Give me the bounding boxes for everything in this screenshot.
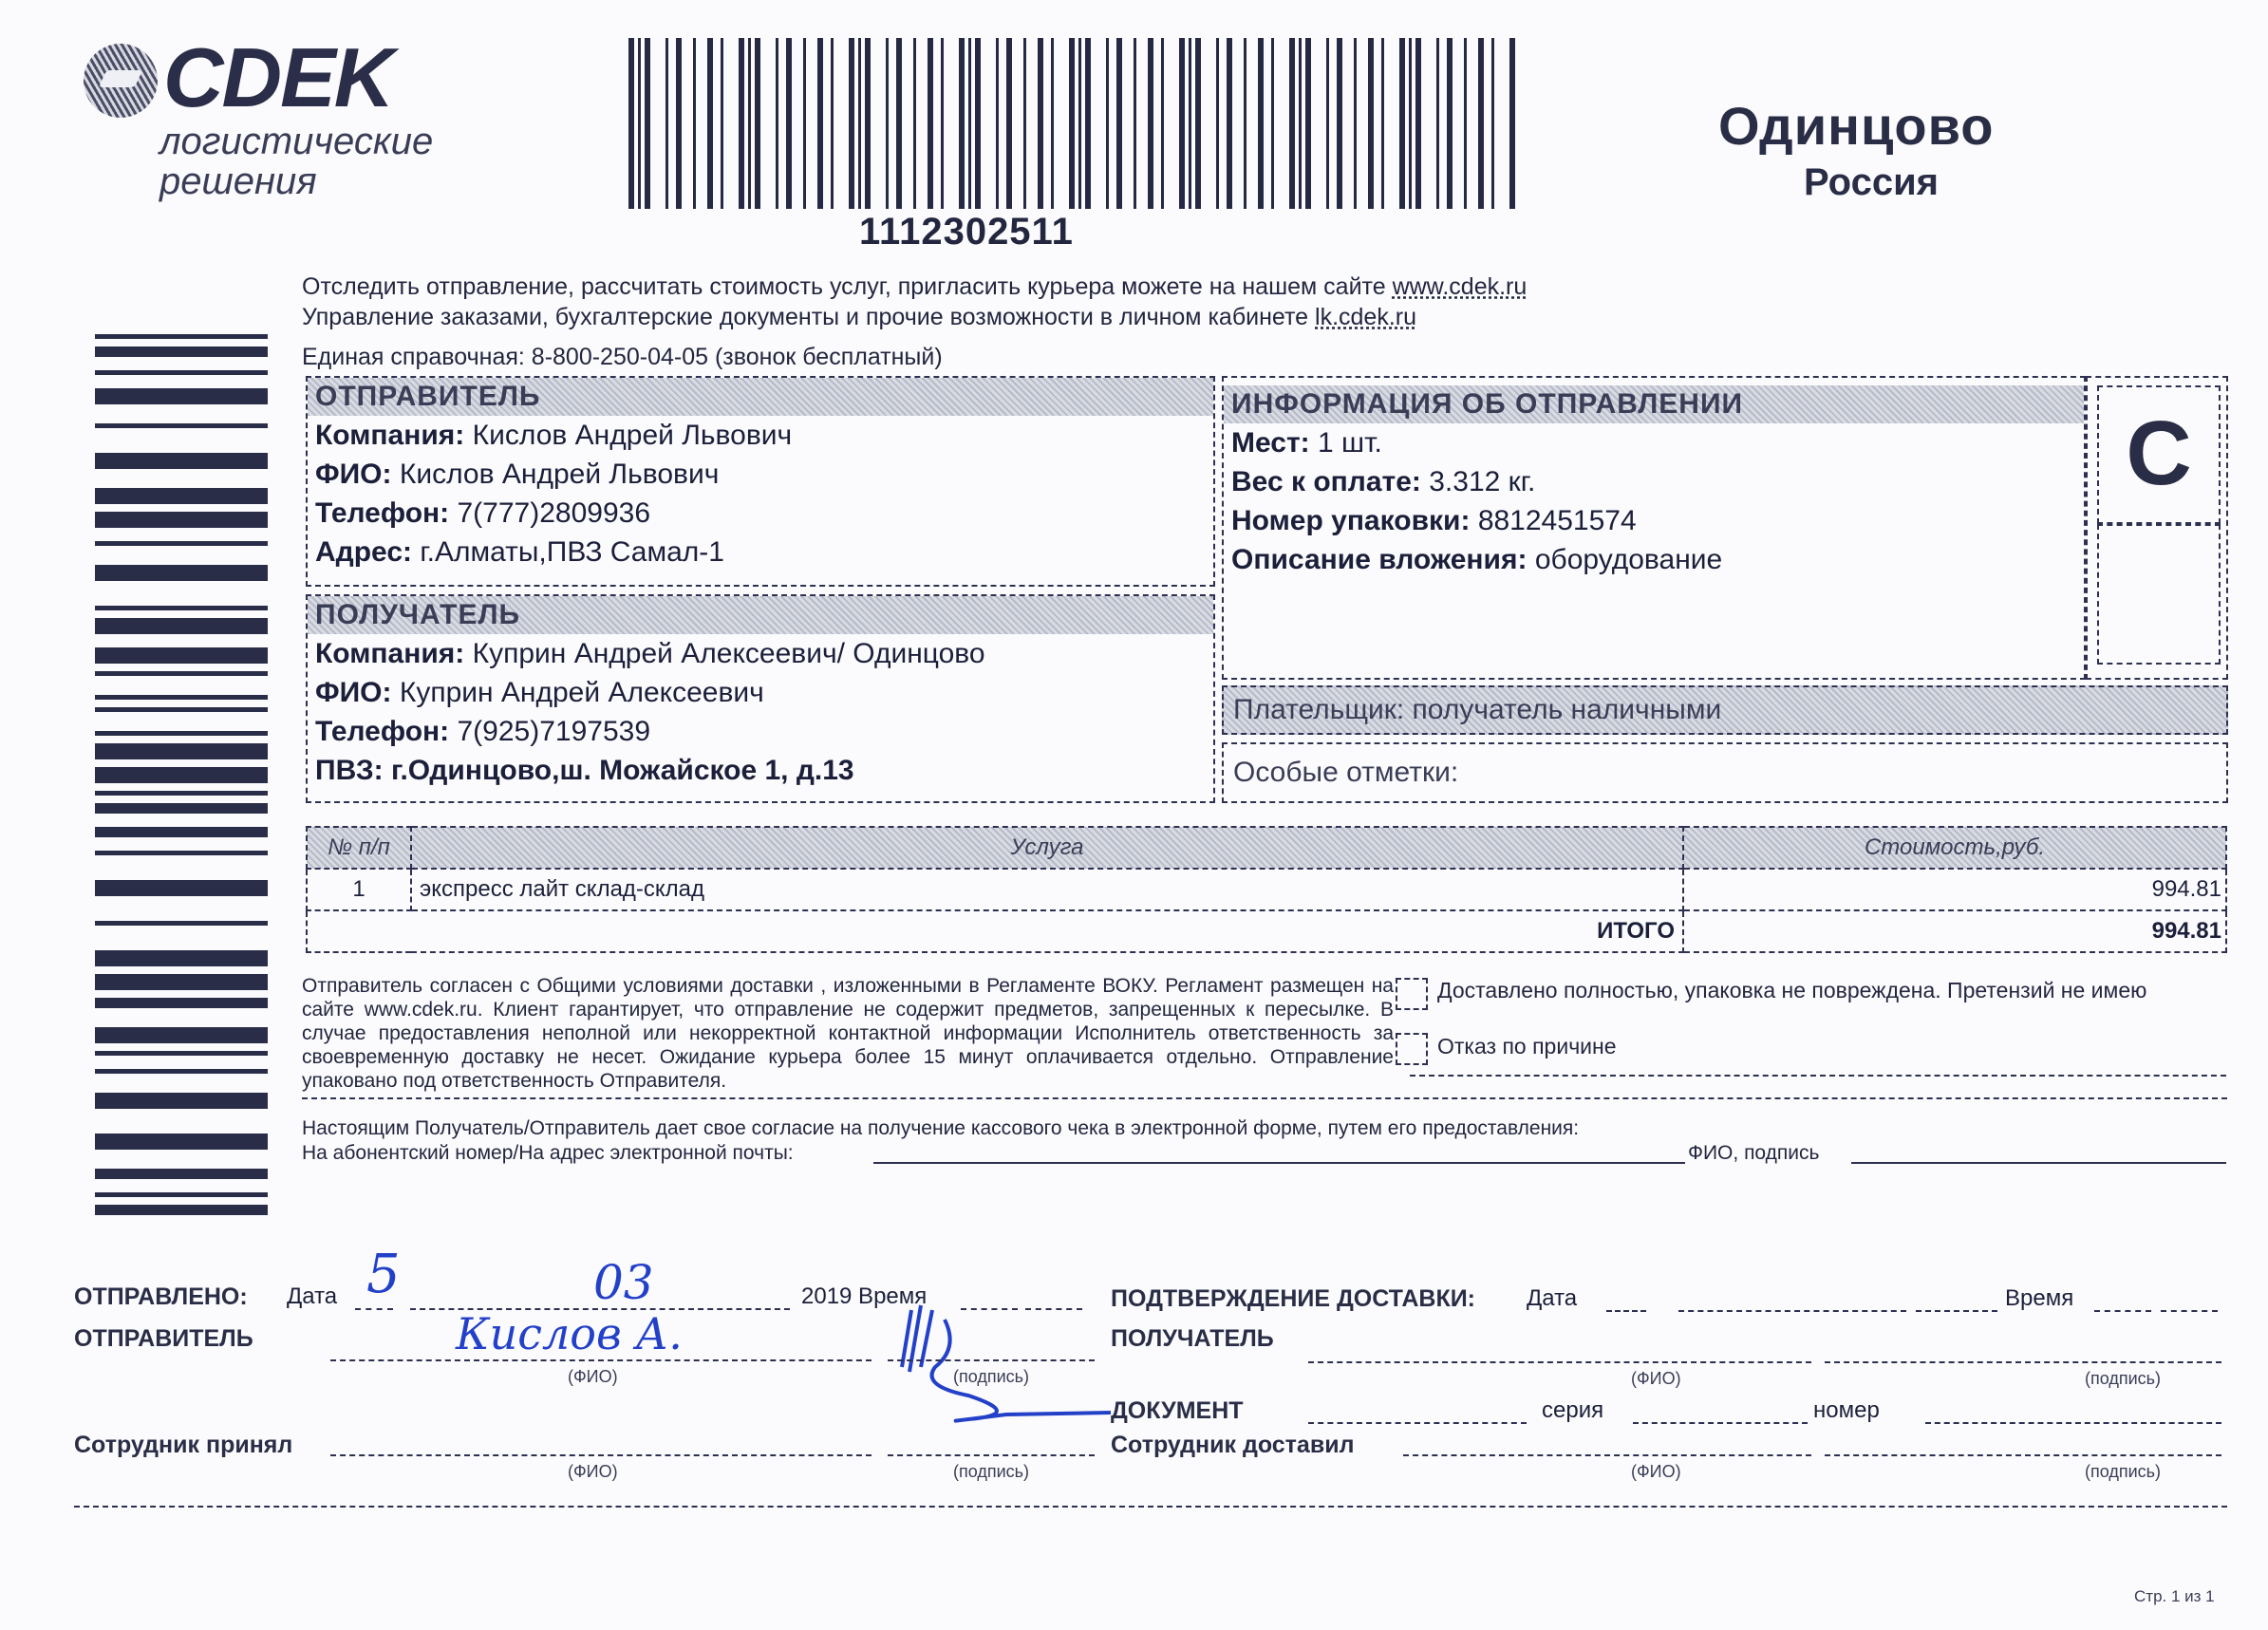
sender-sign-label: ОТПРАВИТЕЛЬ — [74, 1325, 253, 1353]
sign-caption: (подпись) — [2085, 1462, 2161, 1482]
shipment-title: ИНФОРМАЦИЯ ОБ ОТПРАВЛЕНИИ — [1224, 385, 2084, 423]
info-line-hotline: Единая справочная: 8-800-250-04-05 (звон… — [302, 344, 943, 371]
col-cost: Стоимость,руб. — [1683, 827, 2226, 869]
recipient-box: ПОЛУЧАТЕЛЬ Компания: Куприн Андрей Алекс… — [306, 594, 1215, 803]
payer: Плательщик: получатель наличными — [1222, 685, 2228, 735]
recipient-fio: ФИО: Куприн Андрей Алексеевич — [308, 673, 1213, 712]
document-type-field[interactable] — [1308, 1422, 1527, 1424]
recipient-fio-field[interactable] — [1308, 1361, 1811, 1363]
cdek-logo: CDEK — [163, 36, 392, 120]
side-barcode — [95, 334, 268, 1217]
table-row: 1 экспресс лайт склад-склад 994.81 — [307, 869, 2226, 910]
fio-caption: (ФИО) — [1631, 1369, 1681, 1389]
services-table: № п/п Услуга Стоимость,руб. 1 экспресс л… — [306, 826, 2227, 953]
cabinet-link[interactable]: lk.cdek.ru — [1315, 304, 1416, 330]
logo-tagline: логистические решения — [159, 122, 433, 201]
sent-date-label: Дата — [287, 1283, 337, 1310]
destination-city: Одинцово — [1718, 95, 1995, 157]
delivery-time-label: Время — [2005, 1285, 2073, 1312]
employee-accepted-fio-field[interactable] — [330, 1454, 872, 1456]
delivery-day-field[interactable] — [1606, 1310, 1646, 1312]
fio-caption: (ФИО) — [1631, 1462, 1681, 1482]
info-line-tracking: Отследить отправление, рассчитать стоимо… — [302, 273, 1527, 301]
shipment-weight: Вес к оплате: 3.312 кг. — [1224, 462, 2084, 501]
document-label: ДОКУМЕНТ — [1111, 1397, 1244, 1425]
handwritten-month: 03 — [593, 1255, 654, 1310]
delivery-month-field[interactable] — [1678, 1310, 1906, 1312]
refused-reason-line[interactable] — [1410, 1075, 2226, 1077]
recipient-title: ПОЛУЧАТЕЛЬ — [308, 596, 1213, 634]
delivery-hour-field[interactable] — [2094, 1310, 2151, 1312]
receipt-sign-field[interactable] — [1851, 1162, 2226, 1164]
table-header: № п/п Услуга Стоимость,руб. — [307, 827, 2226, 869]
sender-company: Компания: Кислов Андрей Львович — [308, 416, 1213, 455]
info-line-cabinet: Управление заказами, бухгалтерские докум… — [302, 304, 1416, 331]
shipment-places: Мест: 1 шт. — [1224, 423, 2084, 462]
sent-day-field[interactable] — [355, 1308, 393, 1310]
sign-caption: (подпись) — [953, 1462, 1029, 1482]
fio-caption: (ФИО) — [568, 1367, 618, 1387]
employee-accepted-sign-field[interactable] — [888, 1454, 1095, 1456]
employee-delivered-sign-field[interactable] — [1825, 1454, 2221, 1456]
delivery-confirm-label: ПОДТВЕРЖДЕНИЕ ДОСТАВКИ: — [1111, 1285, 1475, 1313]
delivery-date-label: Дата — [1527, 1285, 1577, 1312]
sent-label: ОТПРАВЛЕНО: — [74, 1283, 248, 1311]
recipient-sign-label: ПОЛУЧАТЕЛЬ — [1111, 1325, 1274, 1353]
barcode — [628, 38, 1521, 209]
sign-caption: (подпись) — [2085, 1369, 2161, 1389]
tagline-line-1: логистические — [159, 122, 433, 161]
document-series-field[interactable] — [1633, 1422, 1808, 1424]
sender-fio: ФИО: Кислов Андрей Львович — [308, 455, 1213, 494]
destination-country: Россия — [1804, 161, 1939, 204]
receipt-contact-field[interactable] — [873, 1162, 1685, 1164]
handwritten-signature — [892, 1291, 1120, 1433]
col-service: Услуга — [411, 827, 1683, 869]
page-number: Стр. 1 из 1 — [2134, 1587, 2215, 1606]
delivered-label: Доставлено полностью, упаковка не повреж… — [1437, 978, 2197, 1003]
sender-sign-field[interactable] — [888, 1359, 1095, 1361]
tagline-line-2: решения — [159, 161, 433, 201]
receipt-sign-label: ФИО, подпись — [1688, 1141, 1819, 1165]
recipient-phone: Телефон: 7(925)7197539 — [308, 712, 1213, 751]
handwritten-day: 5 — [366, 1244, 401, 1305]
zone-empty-cell — [2097, 524, 2221, 665]
terms-text: Отправитель согласен с Общими условиями … — [302, 974, 1394, 1093]
table-total-row: ИТОГО 994.81 — [307, 910, 2226, 952]
shipment-package: Номер упаковки: 8812451574 — [1224, 501, 2084, 540]
delivery-minute-field[interactable] — [2161, 1310, 2218, 1312]
col-num: № п/п — [307, 827, 411, 869]
bottom-divider — [74, 1506, 2227, 1508]
sign-caption: (подпись) — [953, 1367, 1029, 1387]
series-label: серия — [1542, 1397, 1603, 1424]
sender-address: Адрес: г.Алматы,ПВЗ Самал-1 — [308, 533, 1213, 571]
zone-code: C — [2097, 385, 2221, 524]
receipt-contact-label: На абонентский номер/На адрес электронно… — [302, 1141, 794, 1165]
document-number-field[interactable] — [1925, 1422, 2221, 1424]
divider — [302, 1097, 2227, 1099]
recipient-pvz: ПВЗ: г.Одинцово,ш. Можайское 1, д.13 — [308, 751, 1213, 790]
cdek-site-link[interactable]: www.cdek.ru — [1393, 273, 1528, 300]
delivered-checkbox[interactable] — [1396, 978, 1428, 1010]
shipment-contents: Описание вложения: оборудование — [1224, 540, 2084, 579]
sender-fio-field[interactable] — [330, 1359, 872, 1361]
delivery-year-field[interactable] — [1916, 1310, 1997, 1312]
recipient-company: Компания: Куприн Андрей Алексеевич/ Один… — [308, 634, 1213, 673]
employee-accepted-label: Сотрудник принял — [74, 1432, 292, 1459]
special-marks: Особые отметки: — [1222, 742, 2228, 803]
receipt-consent: Настоящим Получатель/Отправитель дает св… — [302, 1116, 1579, 1140]
recipient-sign-field[interactable] — [1825, 1361, 2221, 1363]
fio-caption: (ФИО) — [568, 1462, 618, 1482]
zone-box: C — [2086, 376, 2228, 680]
sender-title: ОТПРАВИТЕЛЬ — [308, 378, 1213, 416]
sender-phone: Телефон: 7(777)2809936 — [308, 494, 1213, 533]
number-label: номер — [1813, 1397, 1880, 1424]
barcode-number: 1112302511 — [859, 211, 1074, 253]
refused-label: Отказ по причине — [1437, 1035, 1617, 1059]
employee-delivered-fio-field[interactable] — [1403, 1454, 1811, 1456]
employee-delivered-label: Сотрудник доставил — [1111, 1432, 1354, 1459]
refused-checkbox[interactable] — [1396, 1033, 1428, 1065]
shipment-info-box: ИНФОРМАЦИЯ ОБ ОТПРАВЛЕНИИ Мест: 1 шт. Ве… — [1222, 376, 2086, 680]
handwritten-sender-name: Кислов А. — [456, 1308, 683, 1359]
sender-box: ОТПРАВИТЕЛЬ Компания: Кислов Андрей Льво… — [306, 376, 1215, 587]
cdek-logo-icon — [84, 44, 158, 118]
